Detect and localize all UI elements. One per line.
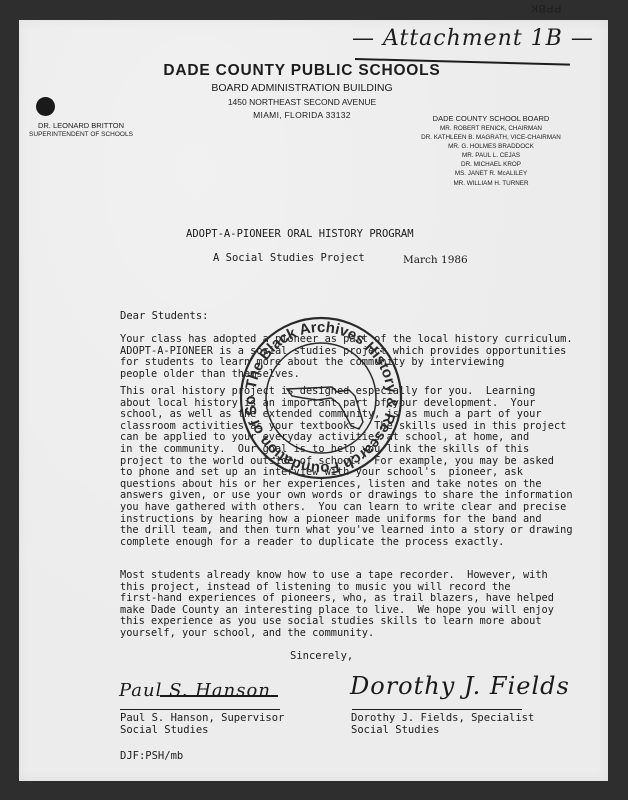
signatory-block-fields: Dorothy J. Fields, SpecialistSocial Stud… <box>351 712 534 736</box>
paragraph-line: people older than themselves. <box>120 369 568 381</box>
paragraph-line: This oral history project is designed es… <box>120 386 568 398</box>
superintendent-title: SUPERINTENDENT OF SCHOOLS <box>16 131 146 138</box>
paragraph-2: This oral history project is designed es… <box>120 386 568 548</box>
paragraph-line: to phone and set up an interview with yo… <box>120 467 568 479</box>
letterhead-street: 1450 NORTHEAST SECOND AVENUE <box>0 97 604 107</box>
paragraph-line: yourself, your school, and the community… <box>120 628 568 640</box>
handwritten-attachment-label: — Attachment 1B — <box>352 26 594 51</box>
school-board-title: DADE COUNTY SCHOOL BOARD <box>420 114 562 123</box>
paragraph-line: complete enough for a reader to duplicat… <box>120 537 568 549</box>
paragraph-1: Your class has adopted a pioneer as part… <box>120 334 568 380</box>
paragraph-3: Most students already know how to use a … <box>120 570 568 640</box>
program-title: ADOPT-A-PIONEER ORAL HISTORY PROGRAM <box>186 228 414 240</box>
signatory-department: Social Studies <box>351 724 534 736</box>
signatory-department: Social Studies <box>120 724 284 736</box>
board-member: DR. MICHAEL KROP <box>420 160 562 169</box>
paragraph-line: in the community. Our goal is to help yo… <box>120 444 568 456</box>
paragraph-line: Your class has adopted a pioneer as part… <box>120 334 568 346</box>
hole-punch-mark <box>36 97 55 116</box>
signatory-block-hanson: Paul S. Hanson, SupervisorSocial Studies <box>120 712 284 736</box>
program-subtitle: A Social Studies Project <box>213 252 365 264</box>
paragraph-line: the drill team, and then turn what you'v… <box>120 525 568 537</box>
reference-initials: DJF:PSH/mb <box>120 750 183 762</box>
board-member: MR. ROBERT RENICK, CHAIRMAN <box>420 124 562 133</box>
letterhead-organization: DADE COUNTY PUBLIC SCHOOLS <box>0 62 604 80</box>
signature-fields: Dorothy J. Fields <box>350 672 570 700</box>
signature-hanson: Paul S. Hanson <box>119 680 271 701</box>
board-member: MS. JANET R. McALILEY <box>420 169 562 178</box>
school-board-members: MR. ROBERT RENICK, CHAIRMAN DR. KATHLEEN… <box>420 124 562 188</box>
board-member: MR. G. HOLMES BRADDOCK <box>420 142 562 151</box>
paragraph-line: Most students already know how to use a … <box>120 570 568 582</box>
board-member: MR. WILLIAM H. TURNER <box>420 179 562 188</box>
closing: Sincerely, <box>290 650 353 662</box>
signature-line-left <box>120 709 280 710</box>
letter-date: March 1986 <box>403 254 468 266</box>
signature-line-right <box>352 709 522 710</box>
letterhead-building: BOARD ADMINISTRATION BUILDING <box>0 82 604 94</box>
signatory-name-title: Paul S. Hanson, Supervisor <box>120 712 284 724</box>
board-member: MR. PAUL L. CEJAS <box>420 151 562 160</box>
paragraph-line: you have gathered with others. You can l… <box>120 502 568 514</box>
superintendent-name: DR. LEONARD BRITTON <box>16 121 146 130</box>
board-member: DR. KATHLEEN B. MAGRATH, VICE-CHAIRMAN <box>420 133 562 142</box>
signatory-name-title: Dorothy J. Fields, Specialist <box>351 712 534 724</box>
scan-corner-mark: PPBK <box>530 2 561 14</box>
salutation: Dear Students: <box>120 310 209 322</box>
signature-flourish <box>160 695 278 697</box>
